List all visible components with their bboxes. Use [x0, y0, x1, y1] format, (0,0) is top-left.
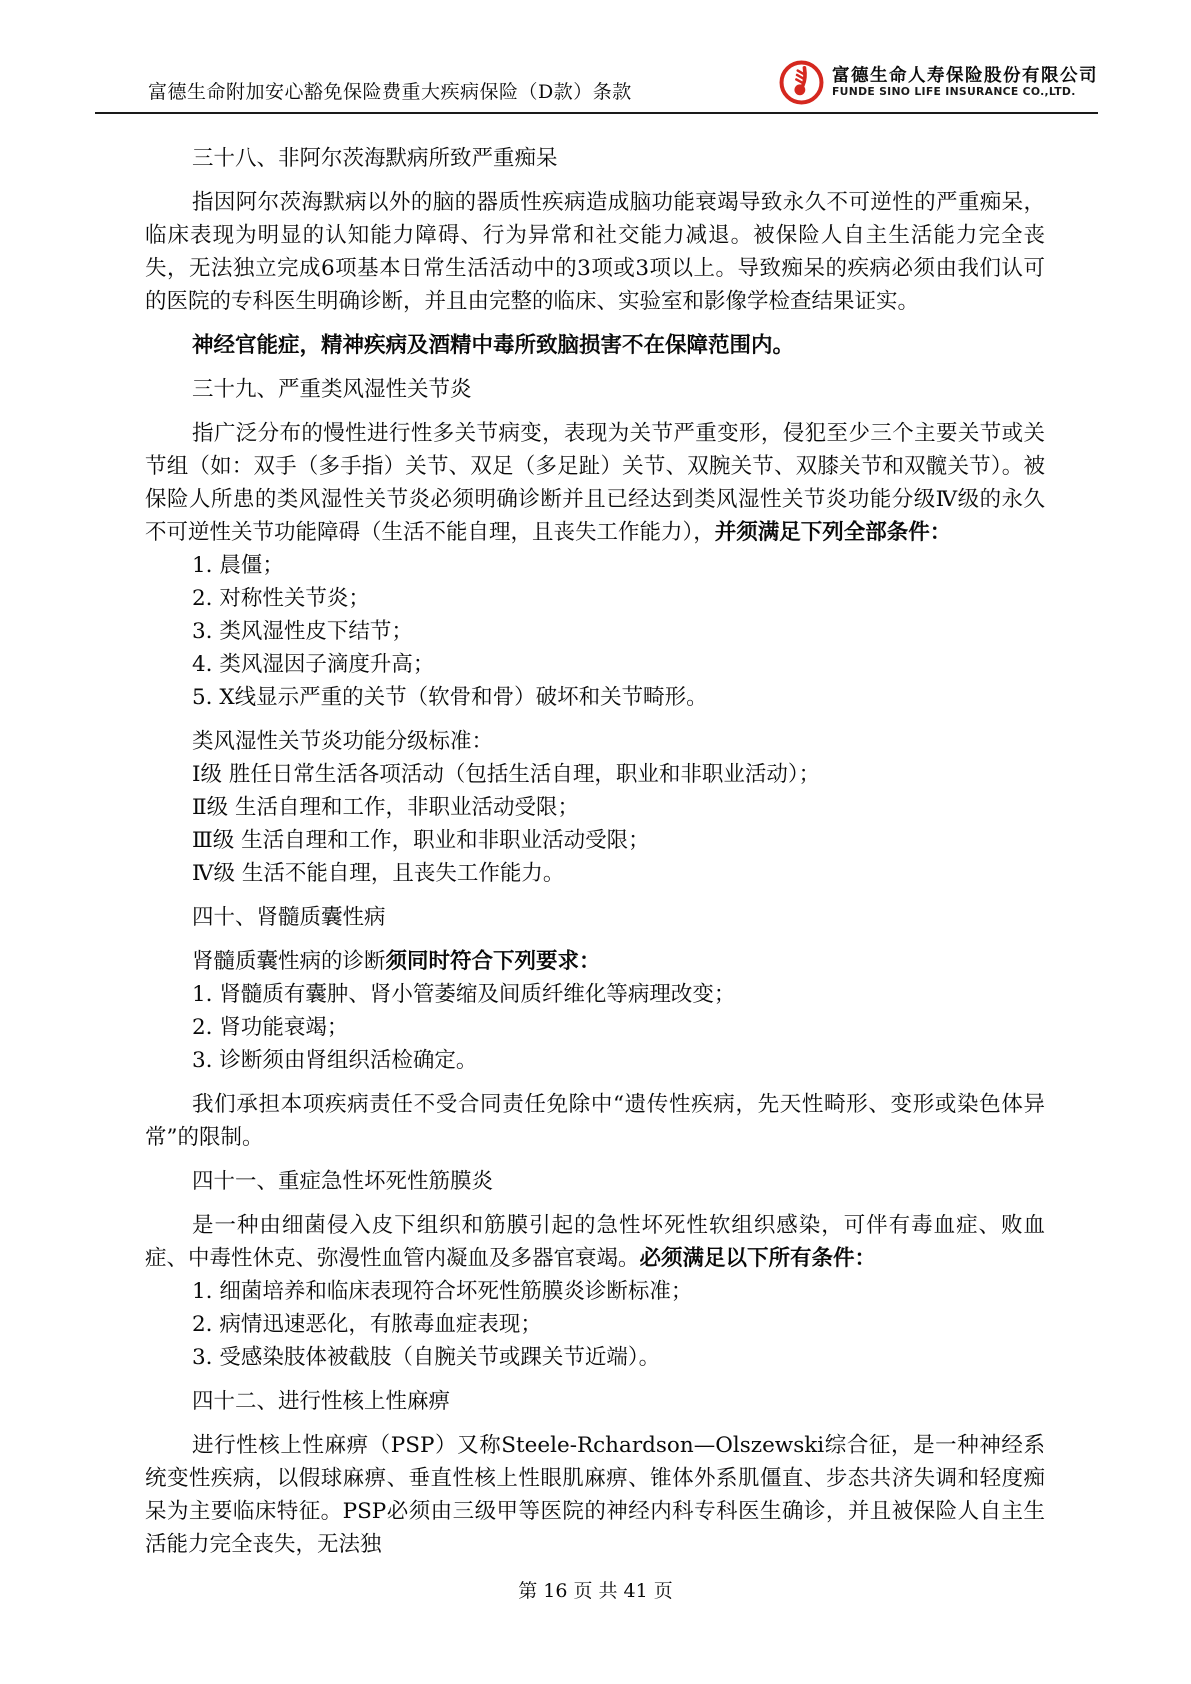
list-item: 1. 晨僵； [145, 549, 1045, 582]
ra-grade-line: Ⅱ级 生活自理和工作，非职业活动受限； [145, 791, 1045, 824]
section-40-intro-line: 肾髓质囊性病的诊断须同时符合下列要求： [145, 945, 1045, 978]
company-brand: 富德生命人寿保险股份有限公司 FUNDE SINO LIFE INSURANCE… [778, 59, 1098, 112]
list-item: 3. 诊断须由肾组织活检确定。 [145, 1044, 1045, 1077]
list-item: 2. 肾功能衰竭； [145, 1011, 1045, 1044]
list-item: 3. 受感染肢体被截肢（自腕关节或踝关节近端）。 [145, 1341, 1045, 1374]
list-item: 2. 对称性关节炎； [145, 582, 1045, 615]
section-39-condition-list: 1. 晨僵； 2. 对称性关节炎； 3. 类风湿性皮下结节； 4. 类风湿因子滴… [145, 549, 1045, 714]
company-name-en: FUNDE SINO LIFE INSURANCE CO.,LTD. [832, 86, 1098, 98]
list-item: 5. X线显示严重的关节（软骨和骨）破坏和关节畸形。 [145, 681, 1045, 714]
page-header: 富德生命附加安心豁免保险费重大疾病保险（D款）条款 富德生命人寿保险股份有限公司… [95, 0, 1098, 114]
section-38-exclusion-note: 神经官能症，精神疾病及酒精中毒所致脑损害不在保障范围内。 [145, 329, 1045, 362]
document-body: 三十八、非阿尔茨海默病所致严重痴呆 指因阿尔茨海默病以外的脑的器质性疾病造成脑功… [145, 114, 1045, 1572]
section-39-paragraph: 指广泛分布的慢性进行性多关节病变，表现为关节严重变形，侵犯至少三个主要关节或关节… [145, 417, 1045, 549]
company-name-block: 富德生命人寿保险股份有限公司 FUNDE SINO LIFE INSURANCE… [832, 66, 1098, 99]
list-item: 2. 病情迅速恶化，有脓毒血症表现； [145, 1308, 1045, 1341]
section-38-heading: 三十八、非阿尔茨海默病所致严重痴呆 [145, 142, 1045, 175]
document-title: 富德生命附加安心豁免保险费重大疾病保险（D款）条款 [95, 77, 632, 112]
ra-grade-line: Ⅳ级 生活不能自理，且丧失工作能力。 [145, 857, 1045, 890]
list-item: 4. 类风湿因子滴度升高； [145, 648, 1045, 681]
section-40-requirements-lead: 须同时符合下列要求： [386, 949, 601, 974]
section-41-conditions-lead: 必须满足以下所有条件： [640, 1246, 877, 1271]
section-39-conditions-lead: 并须满足下列全部条件： [715, 520, 952, 545]
section-40-note-paragraph: 我们承担本项疾病责任不受合同责任免除中“遗传性疾病，先天性畸形、变形或染色体异常… [145, 1088, 1045, 1154]
company-name-cn: 富德生命人寿保险股份有限公司 [832, 66, 1098, 86]
section-41-paragraph-text: 是一种由细菌侵入皮下组织和筋膜引起的急性坏死性软组织感染，可伴有毒血症、败血症、… [145, 1213, 1045, 1271]
company-seal-icon [778, 59, 825, 106]
section-41-heading: 四十一、重症急性坏死性筋膜炎 [145, 1165, 1045, 1198]
section-41-paragraph: 是一种由细菌侵入皮下组织和筋膜引起的急性坏死性软组织感染，可伴有毒血症、败血症、… [145, 1209, 1045, 1275]
document-page: 富德生命附加安心豁免保险费重大疾病保险（D款）条款 富德生命人寿保险股份有限公司… [0, 0, 1191, 1684]
page-footer: 第 16 页 共 41 页 [0, 1576, 1191, 1603]
page-number-label: 第 16 页 共 41 页 [518, 1580, 673, 1602]
list-item: 1. 肾髓质有囊肿、肾小管萎缩及间质纤维化等病理改变； [145, 978, 1045, 1011]
section-41-condition-list: 1. 细菌培养和临床表现符合坏死性筋膜炎诊断标准； 2. 病情迅速恶化，有脓毒血… [145, 1275, 1045, 1374]
section-42-heading: 四十二、进行性核上性麻痹 [145, 1385, 1045, 1418]
section-42-paragraph: 进行性核上性麻痹（PSP）又称Steele-Rchardson—Olszewsk… [145, 1429, 1045, 1561]
section-40-intro-text: 肾髓质囊性病的诊断 [192, 949, 386, 974]
ra-grade-line: Ⅲ级 生活自理和工作，职业和非职业活动受限； [145, 824, 1045, 857]
ra-grade-line: Ⅰ级 胜任日常生活各项活动（包括生活自理，职业和非职业活动）； [145, 758, 1045, 791]
list-item: 1. 细菌培养和临床表现符合坏死性筋膜炎诊断标准； [145, 1275, 1045, 1308]
list-item: 3. 类风湿性皮下结节； [145, 615, 1045, 648]
section-40-requirement-list: 1. 肾髓质有囊肿、肾小管萎缩及间质纤维化等病理改变； 2. 肾功能衰竭； 3.… [145, 978, 1045, 1077]
section-39-heading: 三十九、严重类风湿性关节炎 [145, 373, 1045, 406]
section-38-paragraph: 指因阿尔茨海默病以外的脑的器质性疾病造成脑功能衰竭导致永久不可逆性的严重痴呆，临… [145, 186, 1045, 318]
ra-grading-standard-block: 类风湿性关节炎功能分级标准： Ⅰ级 胜任日常生活各项活动（包括生活自理，职业和非… [145, 725, 1045, 890]
section-40-heading: 四十、肾髓质囊性病 [145, 901, 1045, 934]
ra-grading-standard-title: 类风湿性关节炎功能分级标准： [145, 725, 1045, 758]
